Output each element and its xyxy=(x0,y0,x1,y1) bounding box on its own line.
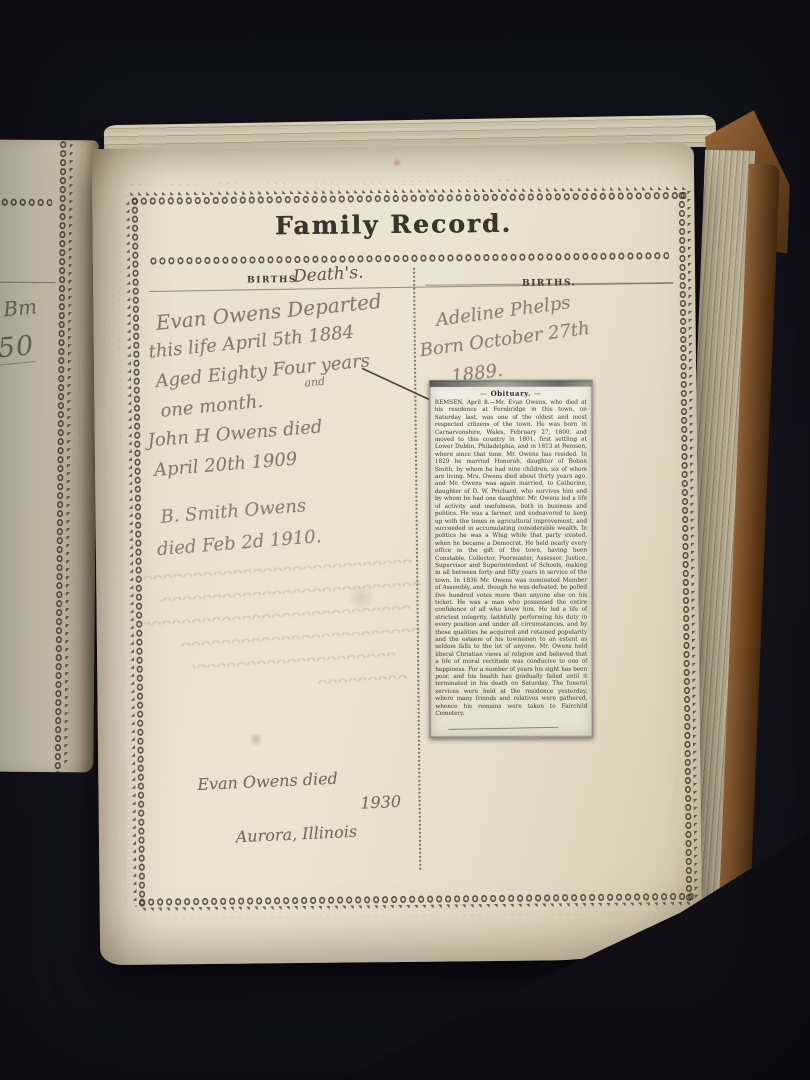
entry-evan-owens-1930: Evan Owens died 1930 Aurora, Illinois xyxy=(197,762,481,861)
title-rule-chain xyxy=(149,251,669,265)
page-stain xyxy=(392,158,402,167)
facing-page-border-chain-top xyxy=(0,198,52,207)
family-record-page: Family Record. BIRTHS. Death's. BIRTHS. … xyxy=(92,143,703,965)
clipping-pen-underline xyxy=(448,727,558,730)
inserted-word: and xyxy=(304,375,326,390)
book-photo: Bm 50 Family Record. BIRTHS. Death's. BI… xyxy=(0,0,810,1080)
page-stain xyxy=(248,733,264,745)
facing-page-fragment: 50 xyxy=(0,330,36,365)
page-title: Family Record. xyxy=(92,207,694,242)
clipping-title: Obituary. xyxy=(435,389,587,398)
facing-page-rule xyxy=(0,282,56,284)
clipping-torn-edge xyxy=(430,381,592,387)
facing-page: Bm 50 xyxy=(0,140,99,773)
ink-bleed-through xyxy=(120,552,429,729)
deaths-header-handwritten: Death's. xyxy=(293,263,365,287)
clipping-body: REMSEN, April 8.—Mr. Evan Owens, who die… xyxy=(435,400,588,719)
facing-page-fragment: Bm xyxy=(2,294,38,321)
obituary-clipping: Obituary. REMSEN, April 8.—Mr. Evan Owen… xyxy=(429,380,594,738)
